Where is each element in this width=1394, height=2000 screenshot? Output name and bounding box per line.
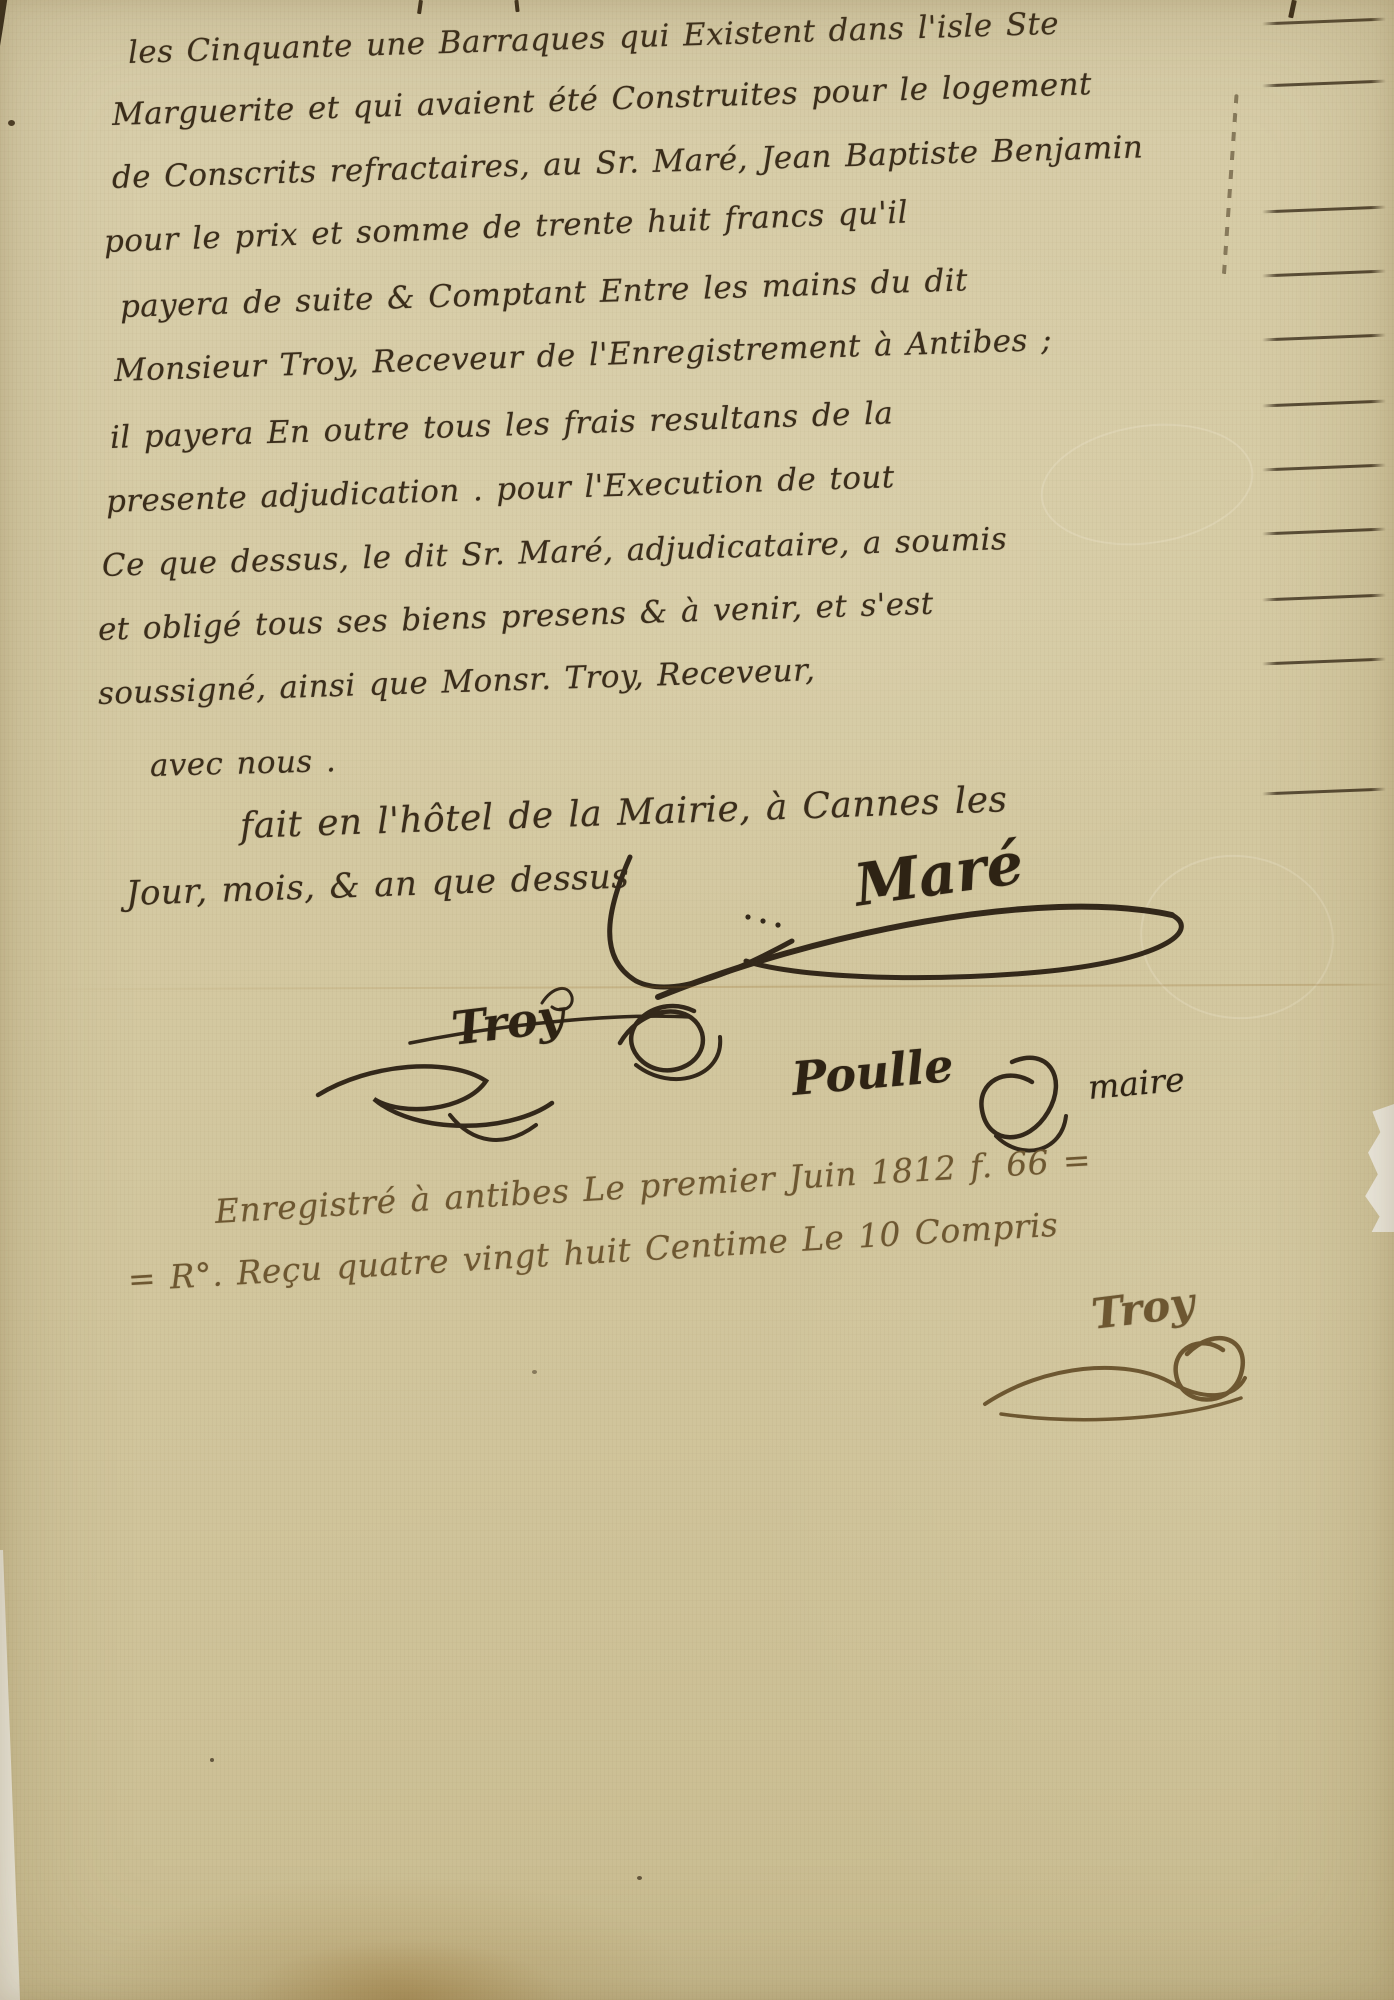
paper-speck (8, 120, 15, 126)
manuscript-line: avec nous . (150, 743, 337, 784)
bottom-stain (240, 1938, 570, 2000)
manuscript-page: { "page": { "paper_color": "#d5caa3", "i… (0, 0, 1394, 2000)
paper-speck (532, 1370, 537, 1374)
paper-speck (637, 1876, 642, 1880)
paper-speck (210, 1758, 214, 1762)
